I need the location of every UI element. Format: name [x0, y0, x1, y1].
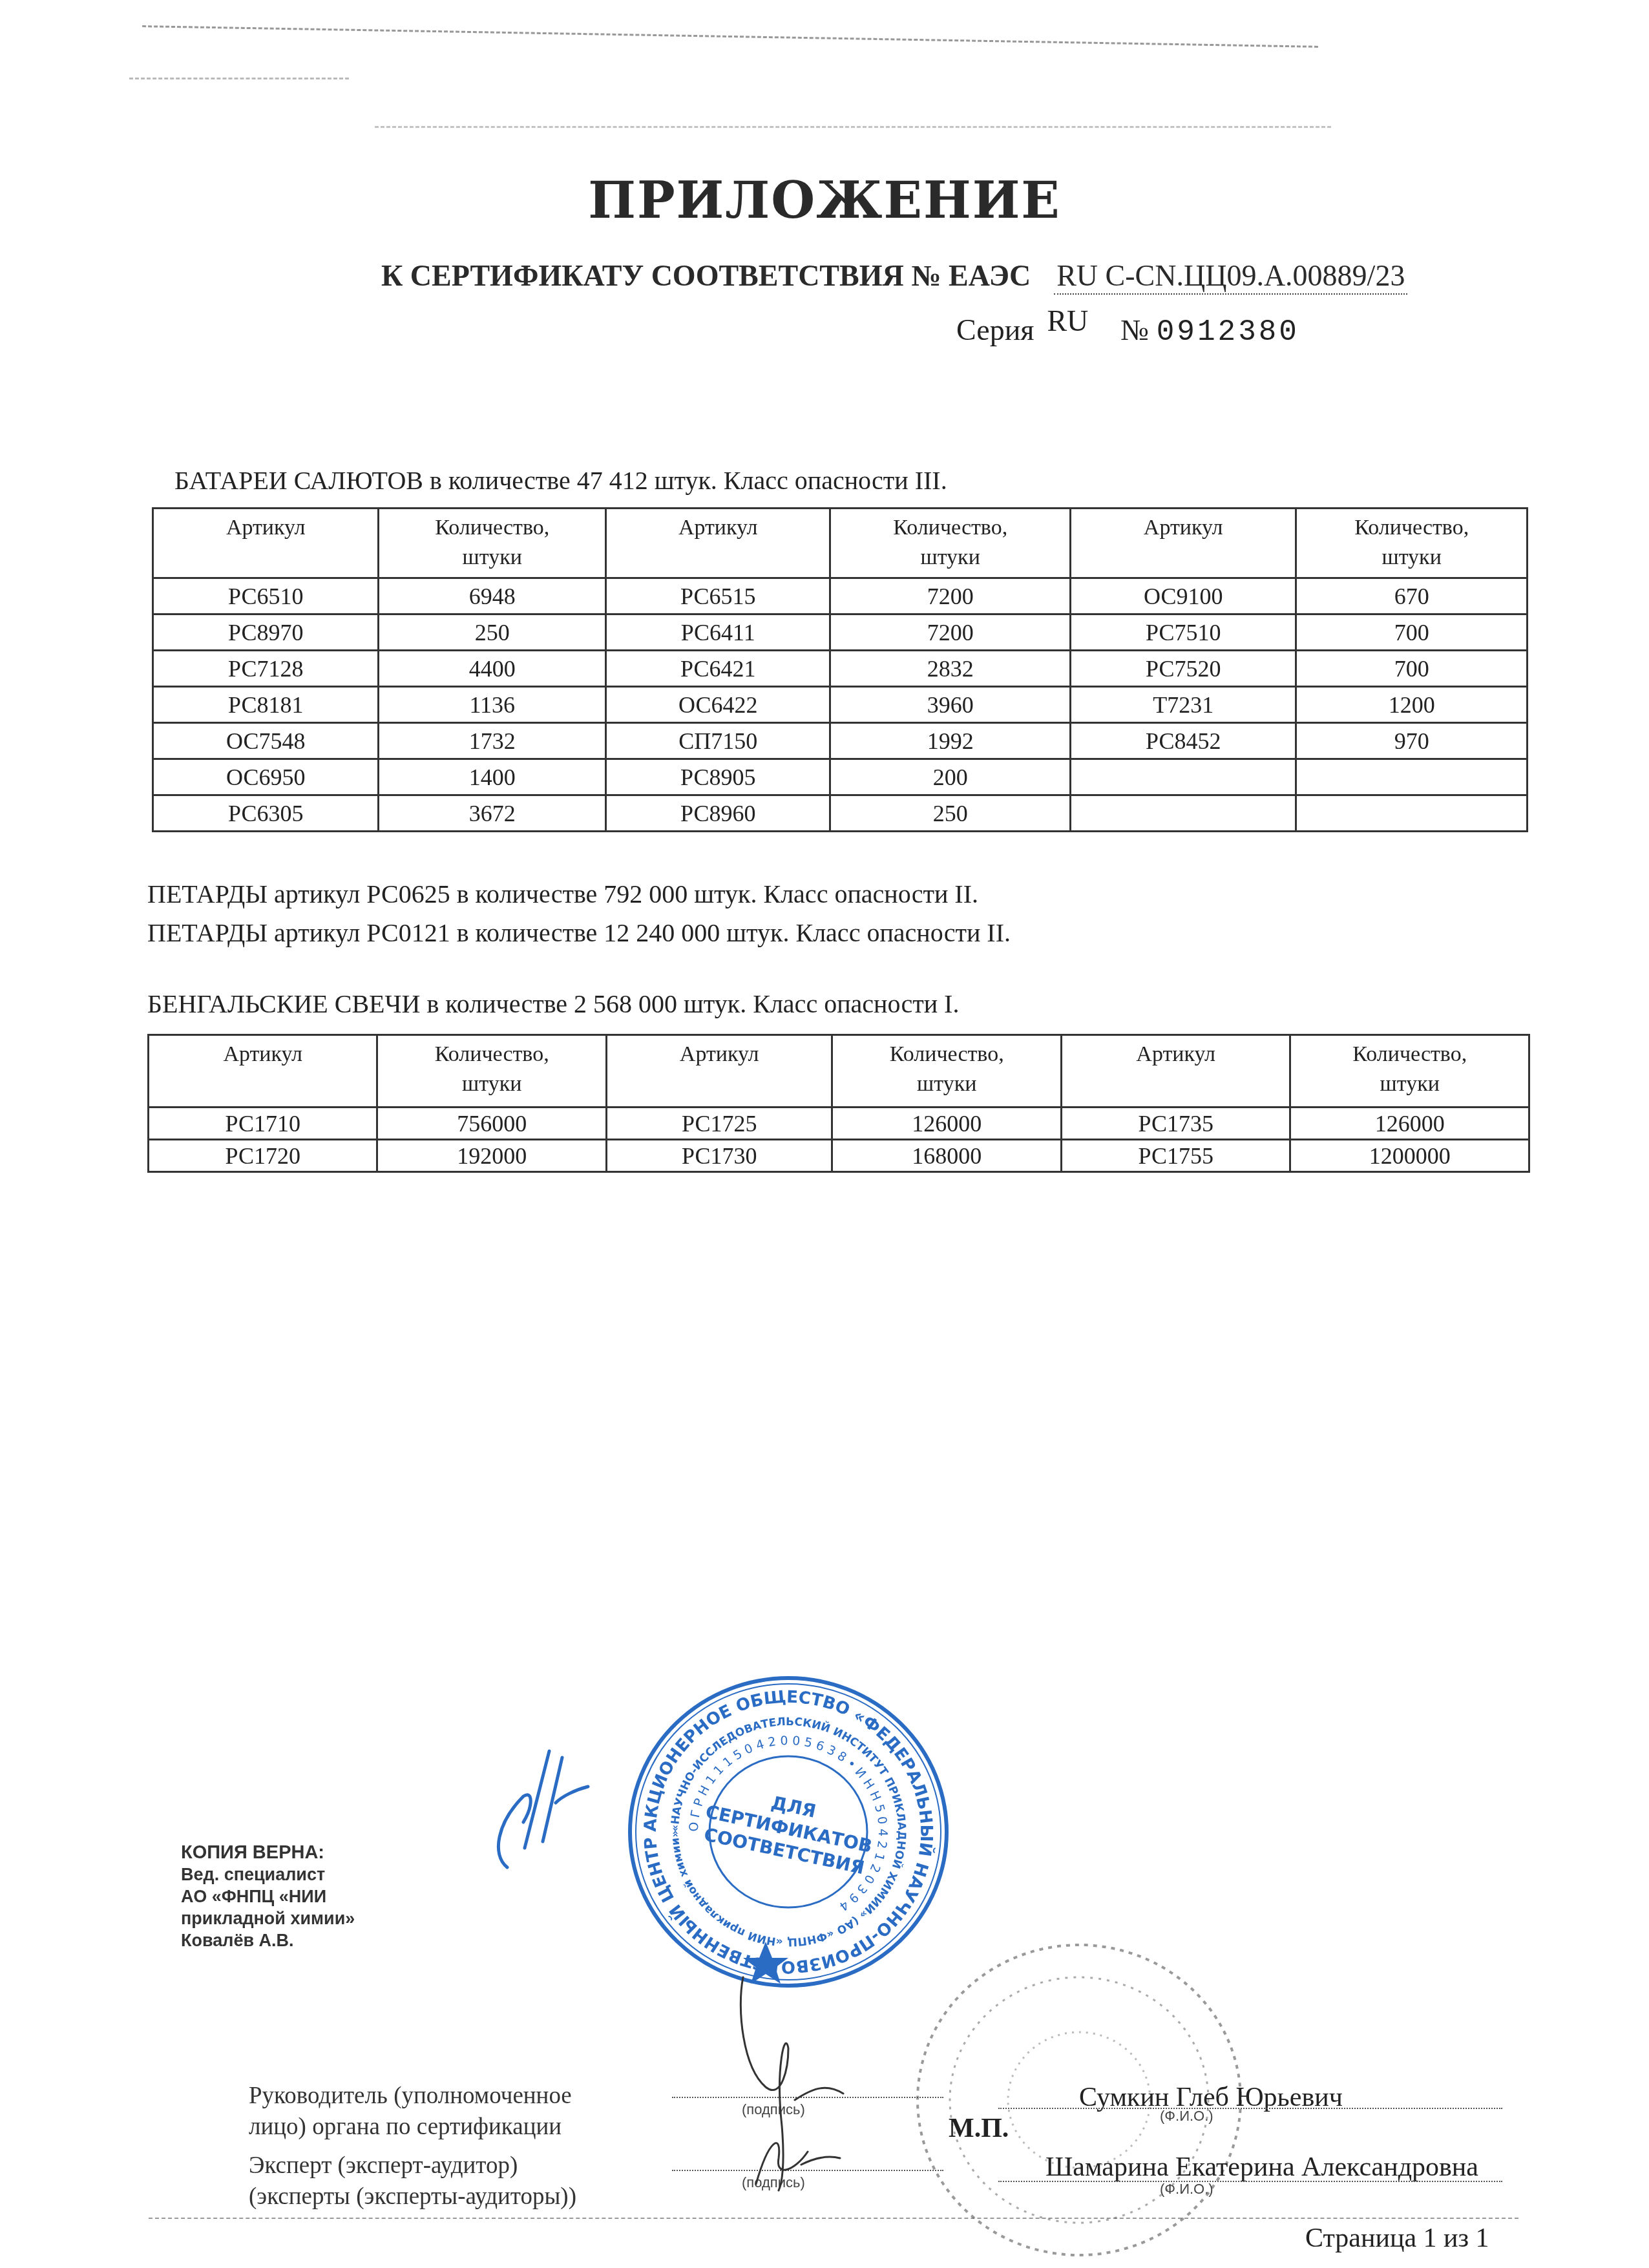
quantity-cell: 1400	[379, 759, 606, 795]
article-cell: РС6421	[606, 651, 830, 687]
head-label-line-2: лицо) органа по сертификации	[249, 2112, 572, 2143]
quantity-cell: 200	[830, 759, 1071, 795]
quantity-cell: 7200	[830, 578, 1071, 614]
column-header: Артикул	[153, 509, 379, 578]
form-number: 0912380	[1157, 315, 1299, 349]
copy-signature-icon	[478, 1745, 620, 1887]
sparklers-table: АртикулКоличество,штукиАртикулКоличество…	[147, 1034, 1530, 1173]
quantity-cell: 1136	[379, 687, 606, 723]
article-cell: ОС7548	[153, 723, 379, 759]
quantity-cell: 3960	[830, 687, 1071, 723]
article-cell: ОС6422	[606, 687, 830, 723]
form-series: СерияRU№ 0912380	[956, 304, 1299, 349]
head-name-caption: (Ф.И.О.)	[1160, 2108, 1213, 2125]
article-cell: РС8905	[606, 759, 830, 795]
column-header: Артикул	[1061, 1035, 1290, 1108]
certificate-number: RU С-CN.ЦЦ09.А.00889/23	[1054, 259, 1407, 295]
handwritten-signature-icon	[717, 1971, 885, 2203]
quantity-cell: 250	[379, 614, 606, 651]
article-cell: РС6305	[153, 795, 379, 832]
article-cell: РС6515	[606, 578, 830, 614]
series-value: RU	[1047, 304, 1088, 338]
quantity-cell: 1200	[1296, 687, 1528, 723]
page-indicator: Страница 1 из 1	[1305, 2223, 1489, 2254]
article-cell: РС1735	[1061, 1108, 1290, 1140]
quantity-cell: 168000	[832, 1140, 1062, 1172]
quantity-cell: 670	[1296, 578, 1528, 614]
column-header: Количество,штуки	[379, 509, 606, 578]
table-row: РС8970250РС64117200РС7510700	[153, 614, 1528, 651]
table-row: РС63053672РС8960250	[153, 795, 1528, 832]
column-header: Артикул	[606, 509, 830, 578]
article-cell: РС1710	[149, 1108, 377, 1140]
article-cell: РС8960	[606, 795, 830, 832]
head-label-line-1: Руководитель (уполномоченное	[249, 2081, 572, 2112]
head-name-line	[998, 2108, 1502, 2109]
scan-artifact-line	[142, 25, 1318, 48]
quantity-cell: 6948	[379, 578, 606, 614]
scan-artifact-line	[129, 78, 349, 79]
quantity-cell: 756000	[377, 1108, 607, 1140]
article-cell: РС8452	[1070, 723, 1296, 759]
quantity-cell: 192000	[377, 1140, 607, 1172]
copy-note-name: Ковалёв А.В.	[181, 1929, 355, 1951]
quantity-cell: 4400	[379, 651, 606, 687]
battery-section-heading: БАТАРЕИ САЛЮТОВ в количестве 47 412 штук…	[174, 465, 947, 496]
article-cell: СП7150	[606, 723, 830, 759]
quantity-cell: 1992	[830, 723, 1071, 759]
series-label: Серия	[956, 313, 1034, 346]
footer-rule	[149, 2218, 1518, 2219]
article-cell: РС6510	[153, 578, 379, 614]
column-header: Количество,штуки	[830, 509, 1071, 578]
article-cell: РС1725	[606, 1108, 832, 1140]
table-header-row: АртикулКоличество,штукиАртикулКоличество…	[153, 509, 1528, 578]
expert-name: Шамарина Екатерина Александровна	[1045, 2152, 1478, 2183]
copy-note-org: АО «ФНПЦ «НИИ	[181, 1885, 355, 1907]
expert-label-line-1: Эксперт (эксперт-аудитор)	[249, 2150, 576, 2181]
certificate-prefix: К СЕРТИФИКАТУ СООТВЕТСТВИЯ № ЕАЭС	[381, 259, 1031, 292]
article-cell: РС7520	[1070, 651, 1296, 687]
column-header: Артикул	[149, 1035, 377, 1108]
form-number-label: №	[1120, 313, 1149, 346]
article-cell: РС7128	[153, 651, 379, 687]
sparklers-section-heading: БЕНГАЛЬСКИЕ СВЕЧИ в количестве 2 568 000…	[147, 989, 959, 1019]
column-header: Количество,штуки	[377, 1035, 607, 1108]
expert-label-line-2: (эксперты (эксперты-аудиторы))	[249, 2181, 576, 2212]
quantity-cell	[1296, 759, 1528, 795]
copy-note-position: Вед. специалист	[181, 1864, 355, 1885]
copy-note-title: КОПИЯ ВЕРНА:	[181, 1842, 355, 1864]
quantity-cell: 970	[1296, 723, 1528, 759]
column-header: Количество,штуки	[832, 1035, 1062, 1108]
article-cell: ОС6950	[153, 759, 379, 795]
column-header: Артикул	[606, 1035, 832, 1108]
article-cell: РС1730	[606, 1140, 832, 1172]
quantity-cell: 7200	[830, 614, 1071, 651]
column-header: Количество,штуки	[1290, 1035, 1529, 1108]
quantity-cell	[1296, 795, 1528, 832]
column-header: Артикул	[1070, 509, 1296, 578]
document-title: ПРИЛОЖЕНИЕ	[0, 171, 1649, 230]
article-cell	[1070, 759, 1296, 795]
article-cell: РС8970	[153, 614, 379, 651]
petard-line-1: ПЕТАРДЫ артикул РС0625 в количестве 792 …	[147, 879, 978, 909]
table-row: РС1710756000РС1725126000РС1735126000	[149, 1108, 1529, 1140]
table-header-row: АртикулКоличество,штукиАртикулКоличество…	[149, 1035, 1529, 1108]
expert-name-caption: (Ф.И.О.)	[1160, 2181, 1213, 2198]
article-cell: РС1755	[1061, 1140, 1290, 1172]
petard-line-2: ПЕТАРДЫ артикул РС0121 в количестве 12 2…	[147, 918, 1011, 948]
quantity-cell: 3672	[379, 795, 606, 832]
column-header: Количество,штуки	[1296, 509, 1528, 578]
article-cell: Т7231	[1070, 687, 1296, 723]
quantity-cell: 1732	[379, 723, 606, 759]
expert-name-line	[998, 2181, 1502, 2182]
quantity-cell: 126000	[1290, 1108, 1529, 1140]
table-row: РС71284400РС64212832РС7520700	[153, 651, 1528, 687]
quantity-cell: 126000	[832, 1108, 1062, 1140]
article-cell: РС6411	[606, 614, 830, 651]
seal-place-label: М.П.	[949, 2113, 1009, 2144]
table-row: ОС75481732СП71501992РС8452970	[153, 723, 1528, 759]
quantity-cell: 1200000	[1290, 1140, 1529, 1172]
article-cell: РС7510	[1070, 614, 1296, 651]
table-row: РС65106948РС65157200ОС9100670	[153, 578, 1528, 614]
copy-note-org-cont: прикладной химии»	[181, 1907, 355, 1929]
head-label: Руководитель (уполномоченное лицо) орган…	[249, 2081, 572, 2143]
article-cell: ОС9100	[1070, 578, 1296, 614]
article-cell	[1070, 795, 1296, 832]
article-cell: РС8181	[153, 687, 379, 723]
battery-table: АртикулКоличество,штукиАртикулКоличество…	[152, 507, 1528, 832]
table-row: РС81811136ОС64223960Т72311200	[153, 687, 1528, 723]
table-row: ОС69501400РС8905200	[153, 759, 1528, 795]
quantity-cell: 250	[830, 795, 1071, 832]
quantity-cell: 700	[1296, 614, 1528, 651]
certified-copy-note: КОПИЯ ВЕРНА: Вед. специалист АО «ФНПЦ «Н…	[181, 1842, 355, 1951]
certificate-reference: К СЕРТИФИКАТУ СООТВЕТСТВИЯ № ЕАЭСRU С-CN…	[381, 258, 1407, 293]
quantity-cell: 700	[1296, 651, 1528, 687]
expert-label: Эксперт (эксперт-аудитор) (эксперты (экс…	[249, 2150, 576, 2212]
quantity-cell: 2832	[830, 651, 1071, 687]
table-row: РС1720192000РС1730168000РС17551200000	[149, 1140, 1529, 1172]
scan-artifact-line	[375, 126, 1331, 128]
article-cell: РС1720	[149, 1140, 377, 1172]
